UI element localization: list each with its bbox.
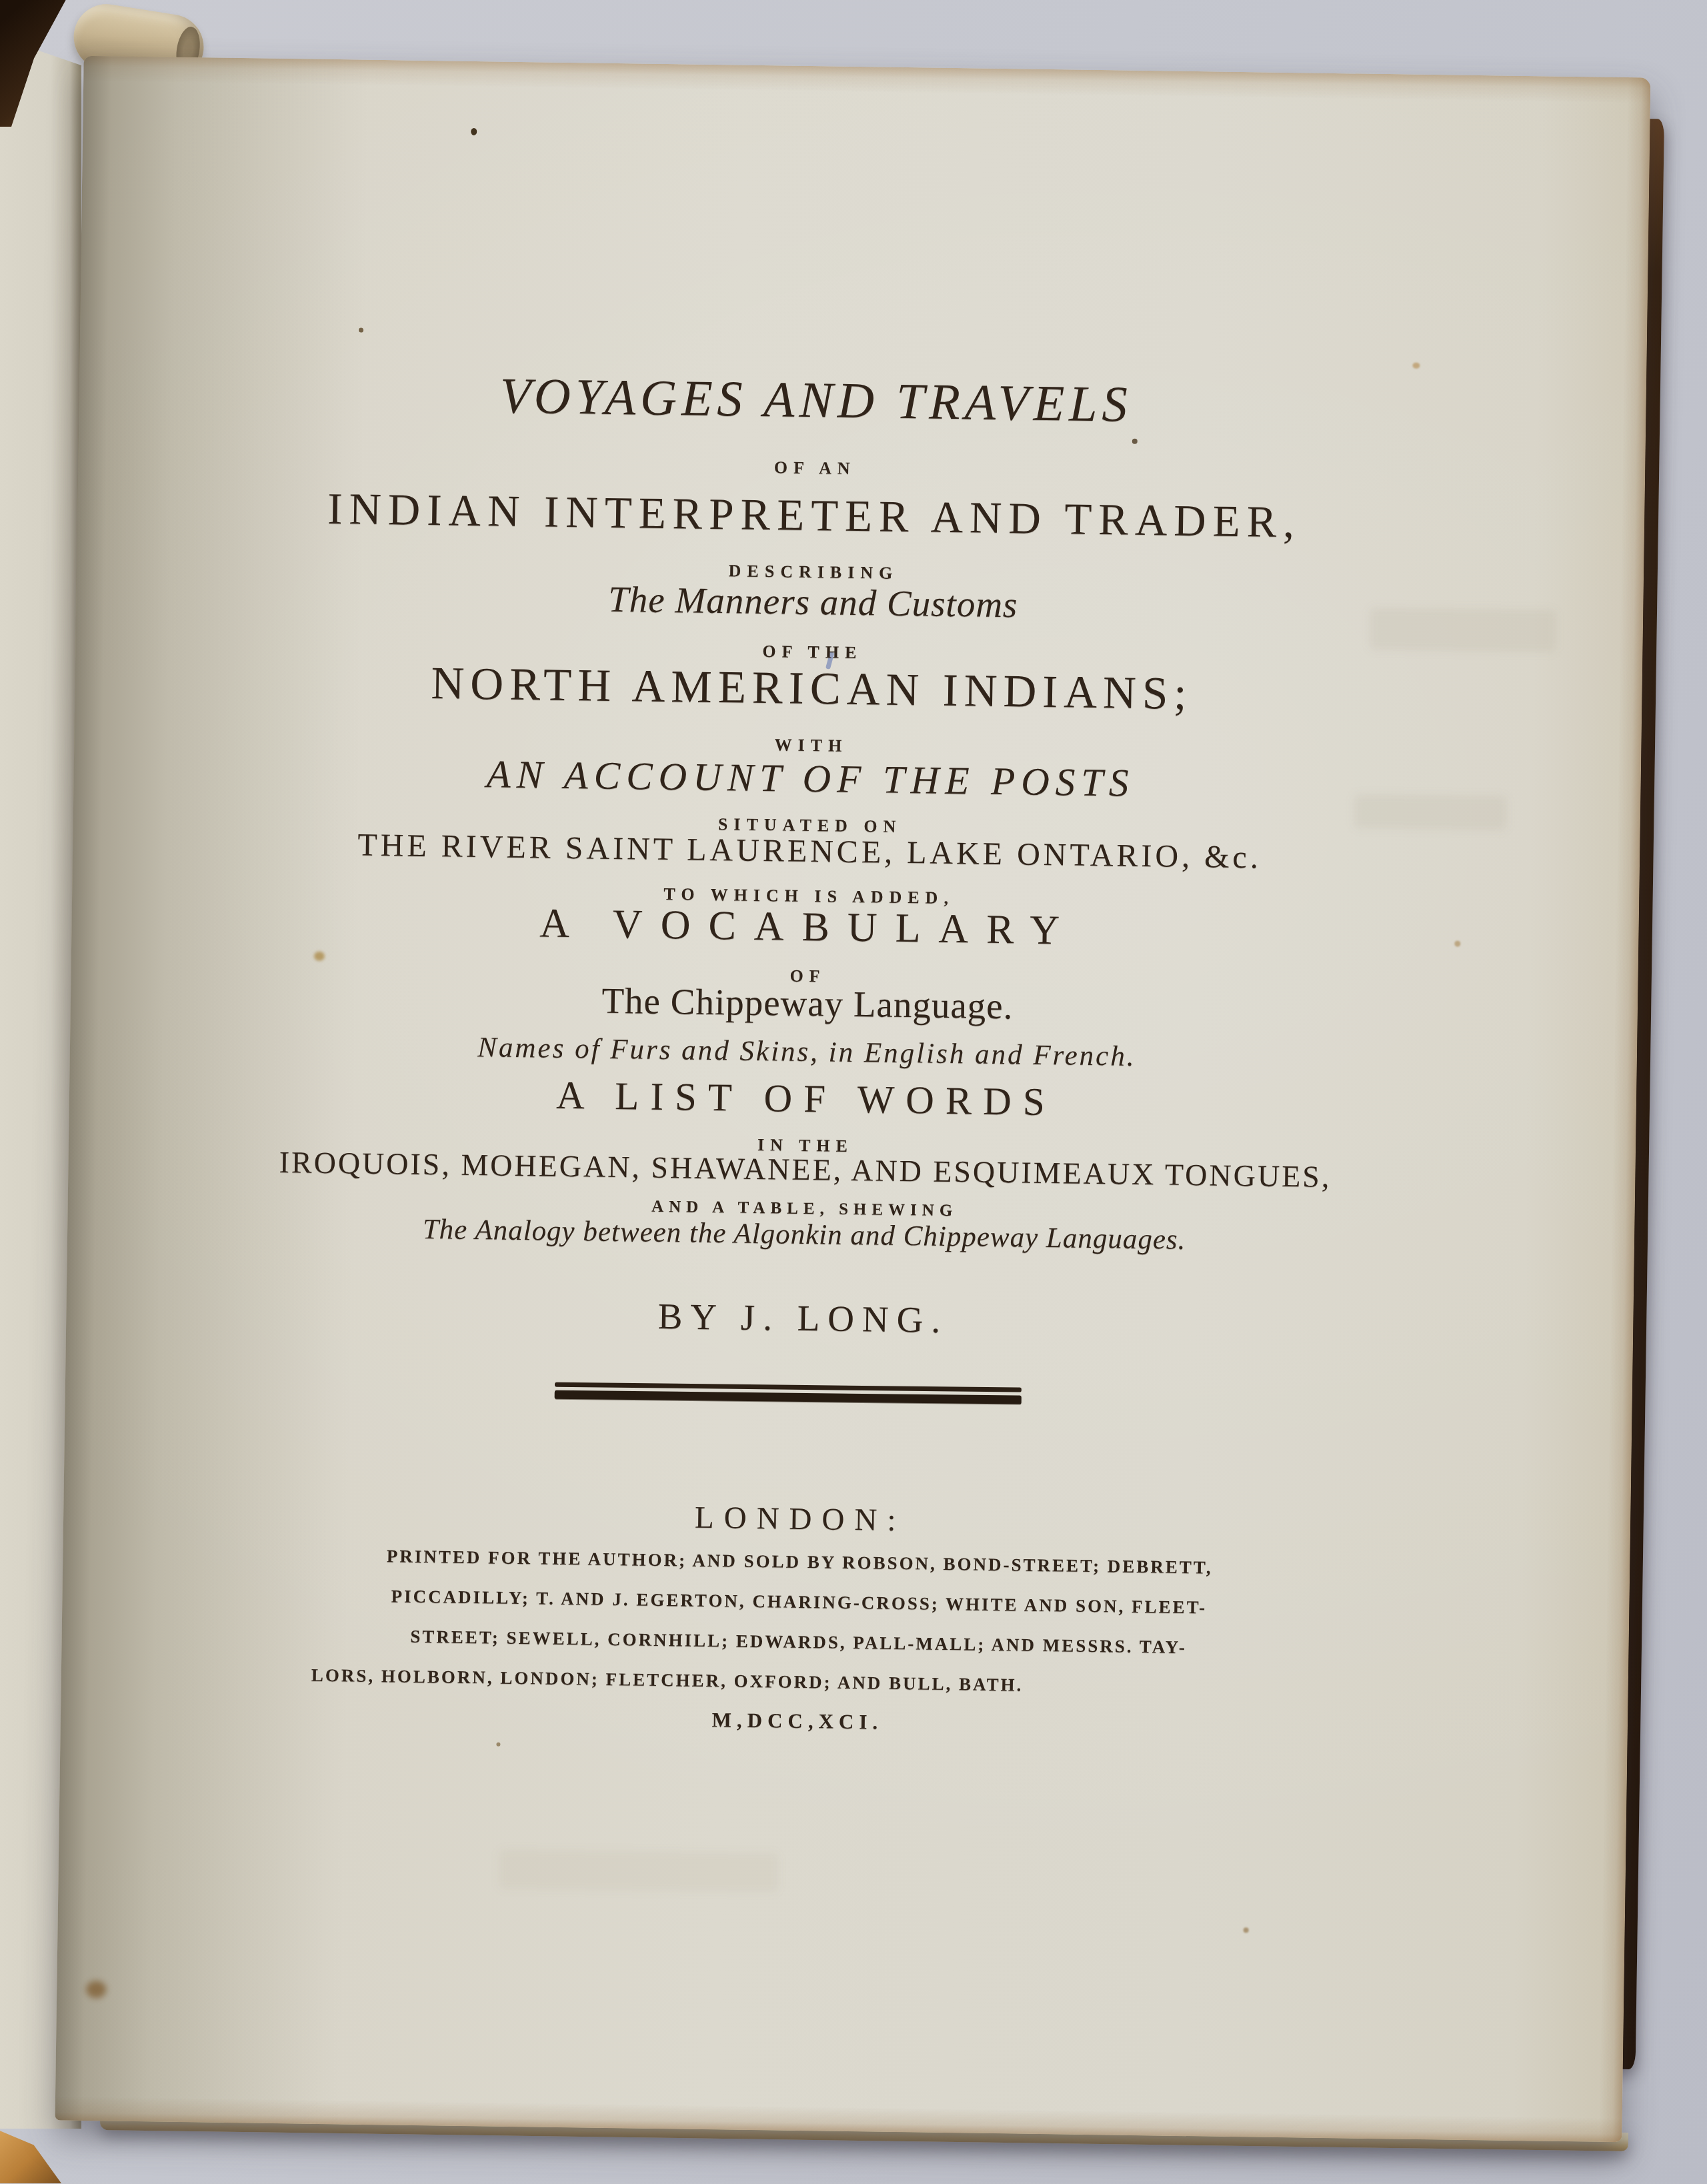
imprint-block: PRINTED FOR THE AUTHOR; AND SOLD BY ROBS… xyxy=(311,1545,1286,1719)
author-line: BY J. LONG. xyxy=(66,1287,1540,1350)
subtitle-line: INDIAN INTERPRETER AND TRADER, xyxy=(77,480,1552,552)
title-page: VOYAGES AND TRAVELS OF AN INDIAN INTERPR… xyxy=(55,56,1651,2143)
publication-city-line: LONDON: xyxy=(63,1491,1538,1548)
main-title-line: VOYAGES AND TRAVELS xyxy=(79,361,1553,440)
book-photograph: VOYAGES AND TRAVELS OF AN INDIAN INTERPR… xyxy=(0,0,1707,2184)
double-rule xyxy=(555,1382,1022,1405)
cover-corner-curl xyxy=(0,2119,61,2183)
title-text-block: VOYAGES AND TRAVELS OF AN INDIAN INTERPR… xyxy=(55,56,1558,2141)
